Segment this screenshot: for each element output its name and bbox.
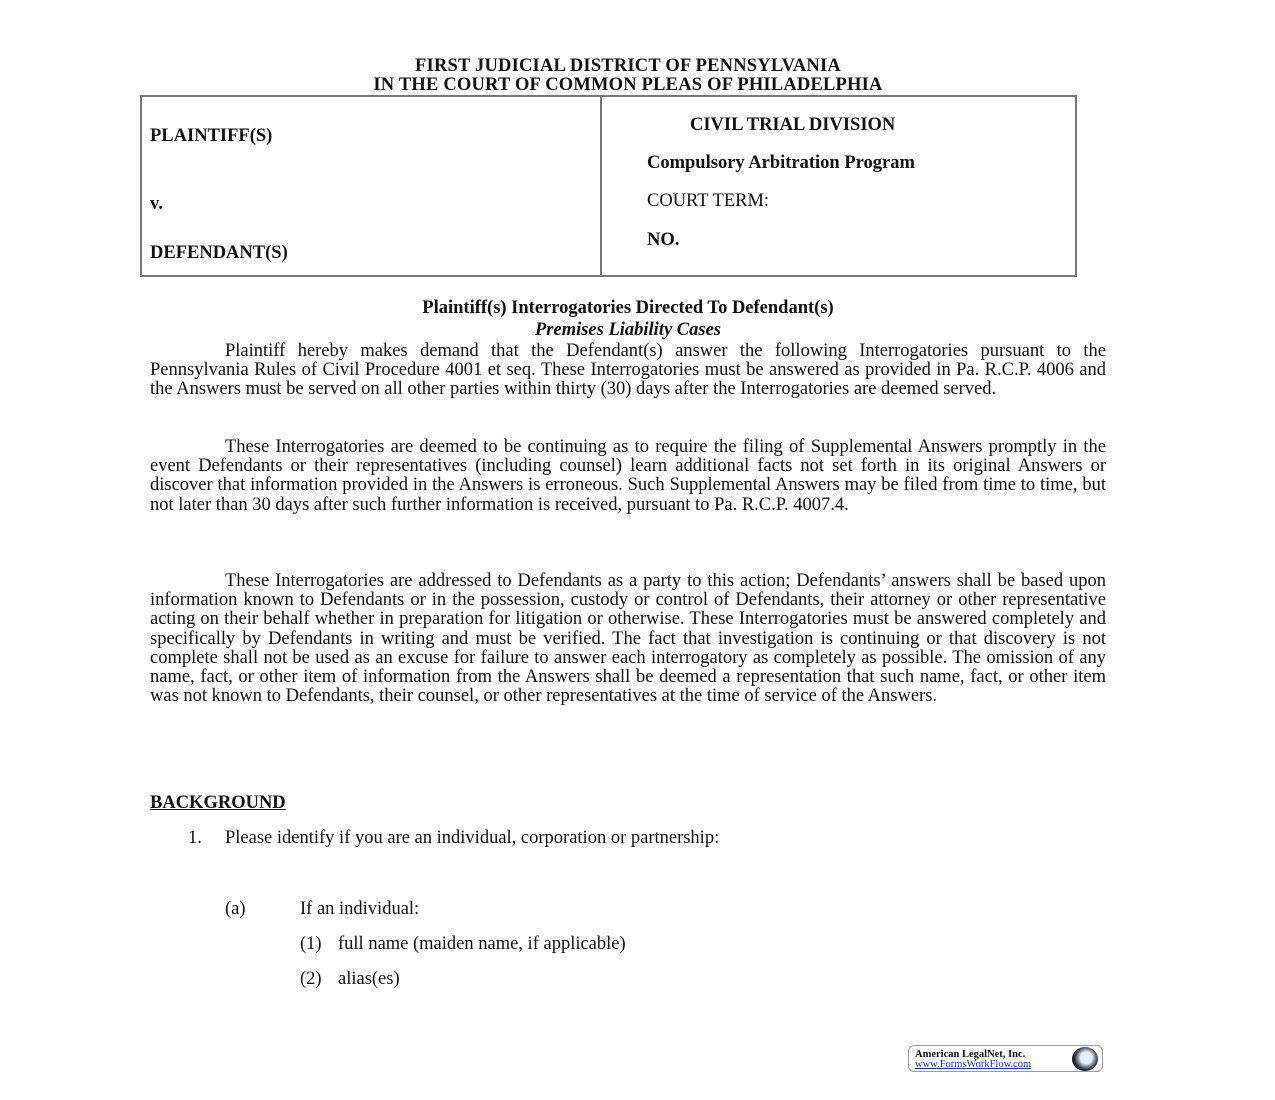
division-label: CIVIL TRIAL DIVISION xyxy=(690,115,895,136)
court-district: FIRST JUDICIAL DISTRICT OF PENNSYLVANIA xyxy=(0,57,1256,76)
defendant-label: DEFENDANT(S) xyxy=(150,243,288,264)
continuing-paragraph: These Interrogatories are deemed to be c… xyxy=(150,438,1106,515)
document-title: Plaintiff(s) Interrogatories Directed To… xyxy=(140,298,1116,319)
item-text: alias(es) xyxy=(338,969,400,990)
question-text: Please identify if you are an individual… xyxy=(225,828,719,849)
subpart-label: (a) xyxy=(225,899,246,920)
globe-icon xyxy=(1072,1047,1098,1071)
question-number: 1. xyxy=(188,828,202,849)
addressed-paragraph: These Interrogatories are addressed to D… xyxy=(150,572,1106,706)
versus-label: v. xyxy=(150,194,163,215)
program-label: Compulsory Arbitration Program xyxy=(647,153,915,174)
publisher-badge: American LegalNet, Inc. www.FormsWorkFlo… xyxy=(908,1045,1103,1072)
section-heading-background: BACKGROUND xyxy=(150,793,286,814)
case-number-label: NO. xyxy=(647,230,679,251)
item-label: (2) xyxy=(300,969,322,990)
item-label: (1) xyxy=(300,934,322,955)
caption-divider xyxy=(600,97,602,275)
plaintiff-label: PLAINTIFF(S) xyxy=(150,126,272,147)
court-name: IN THE COURT OF COMMON PLEAS OF PHILADEL… xyxy=(0,76,1256,95)
case-caption-box: PLAINTIFF(S) v. DEFENDANT(S) CIVIL TRIAL… xyxy=(140,95,1077,277)
subpart-text: If an individual: xyxy=(300,899,419,920)
court-term-label: COURT TERM: xyxy=(647,191,769,212)
document-subtitle: Premises Liability Cases xyxy=(140,320,1116,341)
item-text: full name (maiden name, if applicable) xyxy=(338,934,626,955)
publisher-link[interactable]: www.FormsWorkFlow.com xyxy=(915,1059,1031,1070)
intro-paragraph: Plaintiff hereby makes demand that the D… xyxy=(150,342,1106,400)
court-header: FIRST JUDICIAL DISTRICT OF PENNSYLVANIA … xyxy=(0,57,1256,95)
